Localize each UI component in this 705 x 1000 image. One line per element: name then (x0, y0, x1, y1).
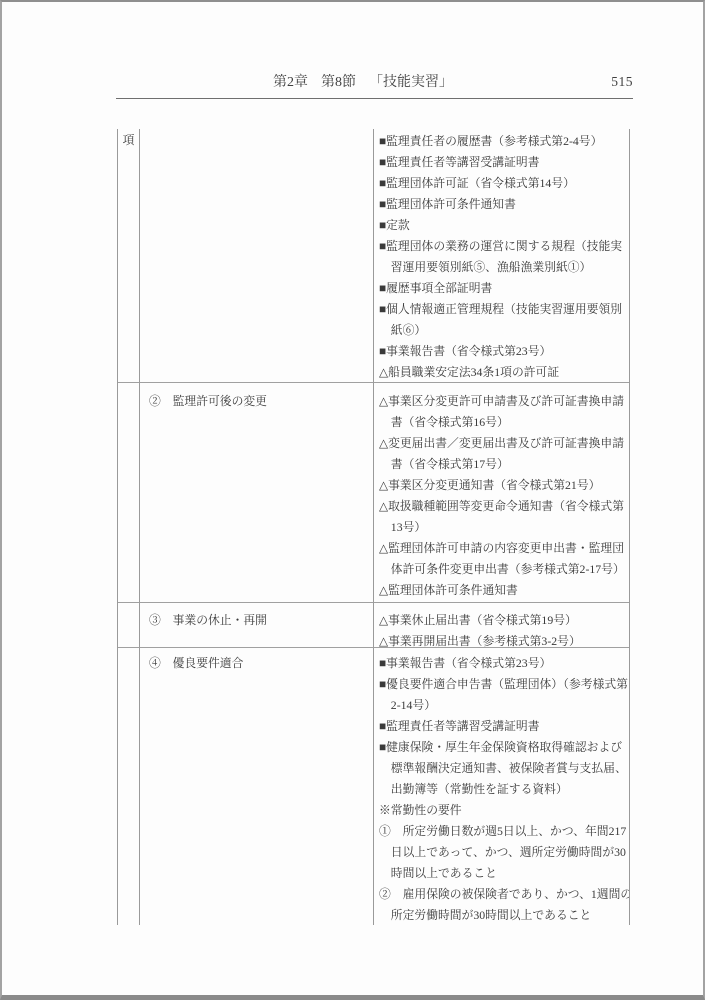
doc-line: ■個人情報適正管理規程（技能実習運用要領別 (379, 299, 628, 320)
table-row-label (140, 129, 374, 382)
table-row-label: ③ 事業の休止・再開 (140, 602, 374, 647)
doc-line: ■監理責任者等講習受講証明書 (379, 152, 628, 173)
table-row-docs: △事業区分変更許可申請書及び許可証書換申請 書（省令様式第16号）△変更届出書／… (374, 382, 629, 602)
doc-line: △監理団体許可申請の内容変更申出書・監理団 (379, 538, 628, 559)
doc-line: 紙⑥） (379, 320, 628, 341)
doc-line: △事業再開届出書（参考様式第3-2号） (379, 631, 628, 647)
doc-line: 書（省令様式第16号） (379, 412, 628, 433)
table-col1-header: 項 (118, 129, 140, 382)
doc-line: 標準報酬決定通知書、被保険者賞与支払届、 (379, 758, 628, 779)
table-cell-empty (118, 647, 140, 925)
header-chapter: 第2章 (273, 74, 308, 92)
table-row-docs: △事業休止届出書（省令様式第19号）△事業再開届出書（参考様式第3-2号） (374, 602, 629, 647)
doc-line: ■監理責任者の履歴書（参考様式第2-4号） (379, 131, 628, 152)
table-row-docs: ■事業報告書（省令様式第23号）■優良要件適合申告書（監理団体）（参考様式第 2… (374, 647, 629, 925)
doc-line: △変更届出書／変更届出書及び許可証書換申請 (379, 433, 628, 454)
doc-line: △事業休止届出書（省令様式第19号） (379, 610, 628, 631)
doc-line: 所定労働時間が30時間以上であること (379, 905, 628, 925)
doc-line: △事業区分変更許可申請書及び許可証書換申請 (379, 391, 628, 412)
doc-line: ① 所定労働日数が週5日以上、かつ、年間217 (379, 821, 628, 842)
header-section-title: 「技能実習」 (369, 74, 453, 92)
doc-line: ■履歴事項全部証明書 (379, 278, 628, 299)
page-number: 515 (611, 73, 633, 91)
doc-line: ■健康保険・厚生年金保険資格取得確認および (379, 737, 628, 758)
doc-line: ■監理団体許可条件通知書 (379, 194, 628, 215)
doc-line: ■監理団体の業務の運営に関する規程（技能実 (379, 236, 628, 257)
table-row-label: ② 監理許可後の変更 (140, 382, 374, 602)
doc-line: 習運用要領別紙⑤、漁船漁業別紙①） (379, 257, 628, 278)
table-cell-empty (118, 382, 140, 602)
doc-line: ② 雇用保険の被保険者であり、かつ、1週間の (379, 884, 628, 905)
doc-line: 出勤簿等（常勤性を証する資料） (379, 779, 628, 800)
doc-line: △船員職業安定法34条1項の許可証 (379, 362, 628, 382)
table-row-docs: ■監理責任者の履歴書（参考様式第2-4号）■監理責任者等講習受講証明書■監理団体… (374, 129, 629, 382)
doc-line: △取扱職種範囲等変更命令通知書（省令様式第 (379, 496, 628, 517)
doc-line: △事業区分変更通知書（省令様式第21号） (379, 475, 628, 496)
doc-line: ■監理団体許可証（省令様式第14号） (379, 173, 628, 194)
doc-line: ■監理責任者等講習受講証明書 (379, 716, 628, 737)
header-section: 第8節 (321, 74, 356, 92)
table-cell-empty (118, 602, 140, 647)
doc-line: 書（省令様式第17号） (379, 454, 628, 475)
header-title: 第2章 第8節 「技能実習」 (273, 74, 453, 92)
page-header: 第2章 第8節 「技能実習」 515 (116, 73, 633, 92)
doc-line: 2-14号） (379, 695, 628, 716)
doc-line: ■定款 (379, 215, 628, 236)
doc-line: 時間以上であること (379, 863, 628, 884)
doc-line: 体許可条件変更申出書（参考様式第2-17号） (379, 559, 628, 580)
header-rule (116, 98, 633, 99)
doc-line: △監理団体許可条件通知書 (379, 580, 628, 601)
doc-line: ※常勤性の要件 (379, 800, 628, 821)
documents-table: 項 ■監理責任者の履歴書（参考様式第2-4号）■監理責任者等講習受講証明書■監理… (117, 129, 630, 925)
doc-line: 13号） (379, 517, 628, 538)
doc-line: ■事業報告書（省令様式第23号） (379, 341, 628, 362)
doc-line: ■事業報告書（省令様式第23号） (379, 653, 628, 674)
table-row-label: ④ 優良要件適合 (140, 647, 374, 925)
doc-line: ■優良要件適合申告書（監理団体）（参考様式第 (379, 674, 628, 695)
doc-line: 日以上であって、かつ、週所定労働時間が30 (379, 842, 628, 863)
book-page: 第2章 第8節 「技能実習」 515 項 ■監理責任者の履歴書（参考様式第2-4… (0, 0, 705, 1000)
